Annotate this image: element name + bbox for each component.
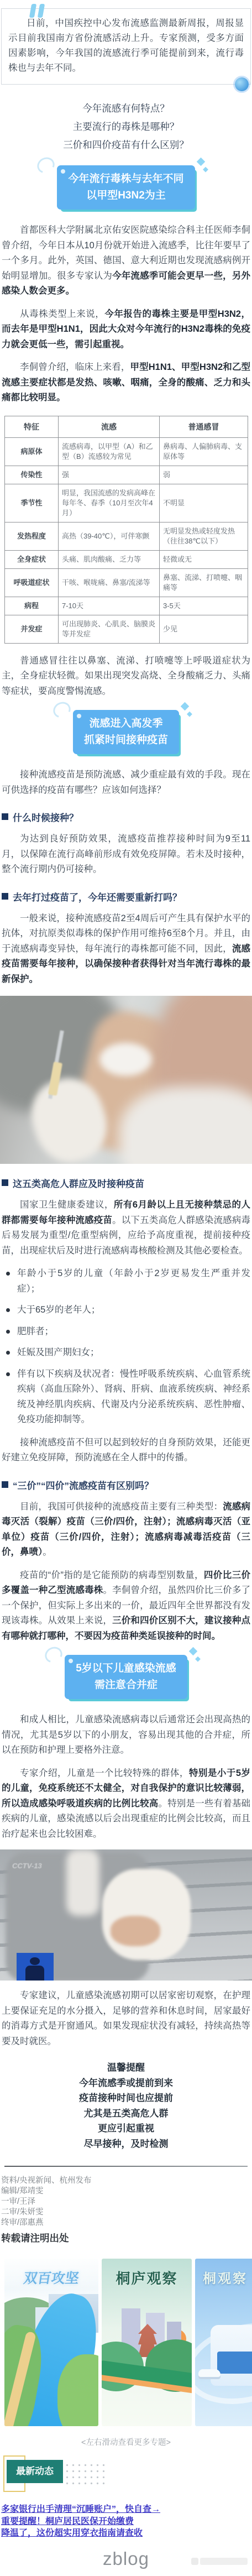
paragraph: 普通感冒往往以鼻塞、流涕、打喷嚏等上呼吸道症状为主，全身症状轻微。如果出现突发高… [2, 654, 250, 699]
paragraph: 目前，我国可供接种的流感疫苗主要有三种类型：流感病毒灭活（裂解）疫苗（三价/四价… [2, 1499, 250, 1560]
paragraph: 为达到良好预防效果，流感疫苗推荐接种时间为9至11月，以保障在流行高峰前形成有效… [2, 832, 250, 877]
paragraph: 专家建议，儿童感染流感初期可以居家密切观察，在护理上要保证充足的水分摄入，足够的… [2, 1988, 250, 2049]
table-cell: 病程 [5, 597, 59, 615]
table-cell: 3-5天 [160, 597, 248, 615]
table-row: 全身症状头痛、肌肉酸痛、乏力等轻微或无 [5, 550, 248, 568]
cctv-watermark: CCTV-13 [12, 1862, 42, 1870]
promo-card-shuangbai[interactable]: 双百攻坚 [4, 2259, 98, 2426]
table-cell: 鼻病毒、人偏肺病毒、支原体等 [160, 437, 248, 466]
reminder-line: 今年流感季或提前到来 [0, 2076, 252, 2091]
photo-detail-coat [119, 1086, 252, 1164]
paragraph: 接种流感疫苗不但可以起到较好的自身预防效果，还能更好建立免疫屏障，预防流感在全人… [2, 1435, 250, 1466]
section-subheading-text: 这五类高危人群应及时接种疫苗 [13, 1176, 144, 1190]
credit-line: 终审/邵惠燕 [1, 2218, 251, 2228]
photo-detail-blanket [102, 1869, 191, 1960]
faint-watermark [200, 2558, 248, 2565]
promo-card-tongguancha[interactable]: 桐观察 [195, 2259, 252, 2426]
badge-dot-decoration [61, 169, 65, 174]
section-subheading-text: “三价”“四价”流感疫苗有区别吗？ [13, 1478, 154, 1492]
related-link[interactable]: 降温了，这份超实用穿衣指南请查收 [1, 2528, 251, 2540]
photo-detail-gauze [99, 1043, 152, 1076]
list-item: 年龄小于5岁的儿童（年龄小于2岁更易发生严重并发症）； [2, 1266, 250, 1297]
paragraph: 专家介绍，儿童是一个比较特殊的群体，特别是小于5岁的儿童，免疫系统还不太健全，对… [2, 1766, 250, 1842]
paragraph: 国家卫生健康委建议，所有6月龄以上且无接种禁忌的人群都需要每年接种流感疫苗。以下… [2, 1198, 250, 1258]
section-badge-line: 抓紧时间接种疫苗 [84, 732, 168, 749]
column-header: 流感 [59, 416, 160, 437]
paragraph: 一般来说，接种流感疫苗2至4周后可产生具有保护水平的抗体，对抗原类似毒株的保护作… [2, 911, 250, 987]
table-cell: 弱 [160, 466, 248, 484]
quote-icon [30, 4, 44, 18]
column-header: 特征 [5, 416, 59, 437]
question-line: 主要流行的毒株是哪种？ [0, 118, 252, 136]
table-cell: 轻微或无 [160, 550, 248, 568]
table-cell: 流感病毒，以甲型（A）和乙型（B）流感较为常见 [59, 437, 160, 466]
section-subheading: 去年打过疫苗了，今年还需要重新打吗？ [2, 890, 250, 903]
promo-card-strip: 双百攻坚 桐庐观察 桐观察 [4, 2259, 252, 2426]
badge-dot-decoration [77, 714, 81, 718]
watermark-icon [191, 2558, 198, 2565]
list-item: 大于65岁的老年人； [2, 1303, 250, 1318]
latest-news-header: 最新动态 [7, 2460, 252, 2489]
list-item: 妊娠及围产期妇女； [2, 1345, 250, 1361]
table-cell: 鼻塞、流涕、打喷嚏、咽痛等 [160, 568, 248, 597]
intro-quote-box: 日前，中国疾控中心发布流感监测最新周报，周报显示目前我国南方省份流感活动上升。专… [1, 8, 251, 85]
section-subheading: 什么时候接种？ [2, 810, 250, 824]
table-cell: 明显，我国流感的发病高峰在每年冬、春季（10月至次年4月） [59, 484, 160, 522]
table-row: 季节性明显，我国流感的发病高峰在每年冬、春季（10月至次年4月）不明显 [5, 484, 248, 522]
table-cell: 头痛、肌肉酸痛、乏力等 [59, 550, 160, 568]
reminder-line: 更应引起重视 [0, 2121, 252, 2136]
latest-news-badge: 最新动态 [7, 2460, 63, 2483]
square-bullet-icon [2, 1481, 8, 1488]
flu-cold-comparison-table: 特征流感普通感冒病原体流感病毒，以甲型（A）和乙型（B）流感较为常见鼻病毒、人偏… [4, 416, 248, 644]
section-badge-line: 以甲型H3N2为主 [68, 187, 183, 204]
reminder-line: 疫苗接种时间也应提前 [0, 2091, 252, 2106]
related-links: 多家银行出手清理“沉睡账户”，快自查→ 重要提醒！桐庐居民医保开始缴费 降温了，… [1, 2504, 251, 2540]
section-subheading-text: 什么时候接种？ [13, 810, 78, 824]
table-cell: 发热程度 [5, 522, 59, 550]
warm-reminder: 温馨提醒今年流感季或提前到来疫苗接种时间也应提前尤其是五类高危人群更应引起重视尽… [0, 2060, 252, 2151]
section-badge-line: 5岁以下儿童感染流感 [76, 1660, 176, 1677]
related-link[interactable]: 重要提醒！桐庐居民医保开始缴费 [1, 2516, 251, 2528]
related-link[interactable]: 多家银行出手清理“沉睡账户”，快自查→ [1, 2504, 251, 2516]
paragraph: 疫苗的“价”指的是它能预防的病毒型别数量，四价比三价多覆盖一种乙型流感毒株。李侗… [2, 1568, 250, 1644]
question-line: 今年流感有何特点？ [0, 100, 252, 118]
table-cell: 并发症 [5, 615, 59, 643]
article-body: 日前，中国疾控中心发布流感监测最新周报，周报显示目前我国南方省份流感活动上升。专… [0, 8, 252, 2151]
table-row: 发热程度高热（39-40℃），可伴寒颤无明显发热或轻度发热（往往38℃以下） [5, 522, 248, 550]
credit-line: 编辑/郑靖雯 [1, 2186, 251, 2197]
reminder-line: 尤其是五类高危人群 [0, 2106, 252, 2122]
table-cell: 少见 [160, 615, 248, 643]
section-subheading: 这五类高危人群应及时接种疫苗 [2, 1176, 250, 1190]
section-badge-line: 需注意合并症 [76, 1677, 176, 1694]
credit-line: 二审/朱妍雯 [1, 2207, 251, 2218]
photo-detail-hand [111, 1916, 160, 1946]
photo-detail-zip [66, 1849, 99, 1916]
high-risk-list: 年龄小于5岁的儿童（年龄小于2岁更易发生严重并发症）；大于65岁的老年人；肥胖者… [2, 1266, 250, 1428]
child-care-photo: CCTV-13 [0, 1849, 252, 1981]
paragraph: 从毒株类型上来说，今年报告的毒株主要是甲型H3N2，而去年是甲型H1N1，因此大… [2, 307, 250, 353]
table-cell: 病原体 [5, 437, 59, 466]
table-row: 传染性强弱 [5, 466, 248, 484]
list-item: 肥胖者； [2, 1324, 250, 1340]
table-row: 并发症可出现肺炎、心肌炎、脑膜炎等并发症少见 [5, 615, 248, 643]
section-badge: 流感进入高发季抓紧时间接种疫苗 [73, 710, 179, 754]
swipe-hint: <左右滑动查看更多专题> [0, 2436, 252, 2448]
paragraph: 和成人相比，儿童感染流感病毒以后通常还会出现高热的情况，尤其是5岁以下的小朋友，… [2, 1712, 250, 1758]
table-row: 呼吸道症状干咳、喉咙痛、鼻塞/流涕等鼻塞、流涕、打喷嚏、咽痛等 [5, 568, 248, 597]
promo-card-title: 桐庐观察 [102, 2267, 192, 2288]
paragraph: 首都医科大学附属北京佑安医院感染综合科主任医师李侗曾介绍，今年日本从10月份就开… [2, 223, 250, 299]
badge-dot-decoration [69, 1659, 73, 1663]
credits-divider [4, 2166, 248, 2167]
card-illustration-glass [217, 2352, 252, 2374]
table-cell: 无明显发热或轻度发热（往往38℃以下） [160, 522, 248, 550]
table-cell: 全身症状 [5, 550, 59, 568]
paragraph: 李侗曾介绍，临床上来看，甲型H1N1、甲型H3N2和乙型流感主要症状都是发热、咳… [2, 360, 250, 406]
section-badge-wrap: 5岁以下儿童感染流感需注意合并症 [0, 1655, 252, 1699]
section-badge-wrap: 今年流行毒株与去年不同以甲型H3N2为主 [0, 165, 252, 210]
column-header: 普通感冒 [160, 416, 248, 437]
dots-pattern-decoration [64, 2462, 107, 2486]
section-badge-line: 今年流行毒株与去年不同 [68, 171, 183, 187]
section-subheading-text: 去年打过疫苗了，今年还需要重新打吗？ [13, 890, 182, 903]
card-illustration-car [198, 2369, 221, 2379]
table-cell: 可出现肺炎、心肌炎、脑膜炎等并发症 [59, 615, 160, 643]
vaccination-photo [0, 996, 252, 1164]
table-cell: 干咳、喉咙痛、鼻塞/流涕等 [59, 568, 160, 597]
promo-card-title: 双百攻坚 [4, 2267, 98, 2287]
question-heading: 今年流感有何特点？主要流行的毒株是哪种？三价和四价疫苗有什么区别？ [0, 100, 252, 154]
section-badge-line: 流感进入高发季 [84, 715, 168, 732]
section-subheading: “三价”“四价”流感疫苗有区别吗？ [2, 1478, 250, 1492]
promo-card-title: 桐观察 [203, 2267, 252, 2287]
intro-quote-text: 日前，中国疾控中心发布流感监测最新周报，周报显示目前我国南方省份流感活动上升。专… [8, 16, 244, 76]
section-badge: 今年流行毒株与去年不同以甲型H3N2为主 [57, 165, 195, 210]
credit-line: 一审/王泽 [1, 2197, 251, 2207]
credit-line: 资料/央视新闻、杭州发布 [1, 2176, 251, 2186]
sign-language-inset [17, 1953, 54, 1981]
table-row: 病程7-10天3-5天 [5, 597, 248, 615]
table-cell: 传染性 [5, 466, 59, 484]
repost-note: 转载请注明出处 [1, 2231, 251, 2245]
table-cell: 季节性 [5, 484, 59, 522]
section-badge-wrap: 流感进入高发季抓紧时间接种疫苗 [0, 710, 252, 754]
table-row: 病原体流感病毒，以甲型（A）和乙型（B）流感较为常见鼻病毒、人偏肺病毒、支原体等 [5, 437, 248, 466]
reminder-line: 温馨提醒 [0, 2060, 252, 2076]
paragraph: 接种流感疫苗是预防流感、减少重症最有效的手段。现在可供选择的疫苗有哪些？应该如何… [2, 767, 250, 798]
virus-icon [235, 77, 249, 91]
square-bullet-icon [2, 1179, 8, 1186]
promo-card-tonglu-guancha[interactable]: 桐庐观察 [102, 2259, 192, 2426]
square-bullet-icon [2, 893, 8, 900]
table-cell: 呼吸道症状 [5, 568, 59, 597]
footer: zblog [0, 2546, 252, 2572]
table-cell: 高热（39-40℃），可伴寒颤 [59, 522, 160, 550]
reminder-line: 尽早接种，及时检测 [0, 2136, 252, 2152]
table-cell: 不明显 [160, 484, 248, 522]
list-item: 伴有以下疾病及状况者：慢性呼吸系统疾病、心血管系统疾病（高血压除外）、肾病、肝病… [2, 1367, 250, 1428]
section-badge: 5岁以下儿童感染流感需注意合并症 [65, 1655, 187, 1699]
table-cell: 强 [59, 466, 160, 484]
question-line: 三价和四价疫苗有什么区别？ [0, 136, 252, 154]
table-cell: 7-10天 [59, 597, 160, 615]
square-bullet-icon [2, 813, 8, 820]
table-header-row: 特征流感普通感冒 [5, 416, 248, 437]
credits-block: 资料/央视新闻、杭州发布 编辑/郑靖雯 一审/王泽 二审/朱妍雯 终审/邵惠燕 … [1, 2176, 251, 2245]
